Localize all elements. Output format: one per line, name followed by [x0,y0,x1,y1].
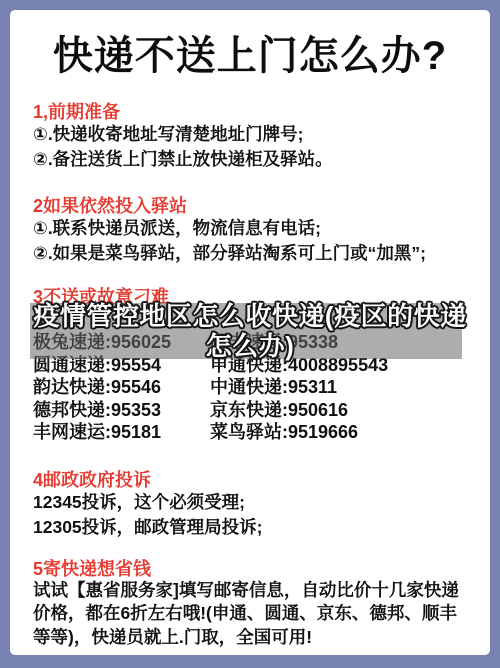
body-line: 等等)，快递员就上.门取，全国可用! [33,626,467,650]
body-line: ①.快递收寄地址写清楚地址门牌号; [33,122,467,147]
section-heading: 4邮政政府投诉 [33,470,467,490]
body-line: 试试【惠省服务家]填写邮寄信息，自动比价十几家快递 [33,579,467,603]
body-line: ②.如果是菜鸟驿站，部分驿站淘系可上门或“加黑”; [33,241,467,266]
section-heading: 2如果依然投入驿站 [33,196,467,216]
section-preparation: 1,前期准备 ①.快递收寄地址写清楚地址门牌号; ②.备注送货上门禁止放快递柜及… [33,102,467,172]
page-title: 快递不送上门怎么办? [33,30,467,82]
section-save-money: 5寄快递想省钱 试试【惠省服务家]填写邮寄信息，自动比价十几家快递 价格，都在6… [33,559,467,650]
hotline-entry: 京东快递:950616 [210,399,467,422]
section-station: 2如果依然投入驿站 ①.联系快递员派送，物流信息有电话; ②.如果是菜鸟驿站，部… [33,196,467,266]
hotline-row: 德邦快递:95353 京东快递:950616 [33,399,467,422]
hotline-row: 丰网速运:95181 菜鸟驿站:9519666 [33,421,467,444]
watermark-line: 疫情管控地区怎么收快递(疫区的快递 [0,301,500,331]
watermark-title: 疫情管控地区怎么收快递(疫区的快递 怎么办) [0,301,500,361]
body-line: 12305投诉，邮政管理局投诉; [33,515,467,540]
hotline-entry: 丰网速运:95181 [33,421,210,444]
section-heading: 5寄快递想省钱 [33,559,467,579]
body-line: ②.备注送货上门禁止放快递柜及驿站。 [33,147,467,172]
hotline-entry: 德邦快递:95353 [33,399,210,422]
body-line: 12345投诉，这个必须受理; [33,490,467,515]
body-line: 价格，都在6折左右哦!(申通、圆通、京东、德邦、顺丰 [33,602,467,626]
watermark-line: 怎么办) [0,331,500,361]
body-line: ①.联系快递员派送，物流信息有电话; [33,216,467,241]
section-gov-complaint: 4邮政政府投诉 12345投诉，这个必须受理; 12305投诉，邮政管理局投诉; [33,470,467,540]
hotline-entry: 韵达快递:95546 [33,376,210,399]
section-heading: 1,前期准备 [33,102,467,122]
hotline-row: 韵达快递:95546 中通快递:95311 [33,376,467,399]
hotline-entry: 中通快递:95311 [210,376,467,399]
hotline-entry: 菜鸟驿站:9519666 [210,421,467,444]
